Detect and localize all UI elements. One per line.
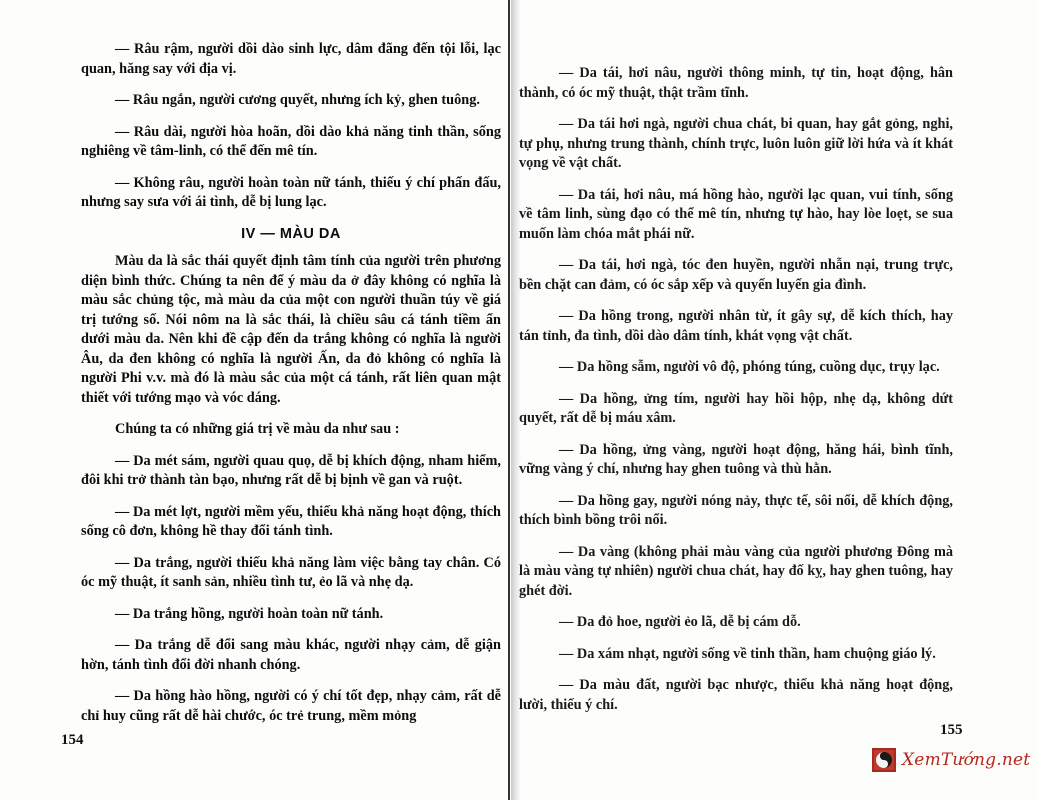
paragraph: — Da hồng, ửng tím, người hay hồi hộp, n… (519, 390, 953, 429)
paragraph: — Da tái hơi ngà, người chua chát, bi qu… (519, 115, 953, 174)
paragraph: Chúng ta có những giá trị về màu da như … (81, 420, 501, 440)
paragraph: Màu da là sắc thái quyết định tâm tính c… (81, 252, 501, 408)
paragraph: — Da tái, hơi nâu, má hồng hào, người lạ… (519, 186, 953, 245)
page-number-right: 155 (940, 722, 963, 739)
paragraph: — Da trắng, người thiếu khả năng làm việ… (81, 554, 501, 593)
paragraph: — Râu ngắn, người cương quyết, nhưng ích… (81, 91, 501, 111)
yin-yang-icon (872, 748, 896, 772)
right-page-text: — Da tái, hơi nâu, người thông minh, tự … (519, 64, 953, 727)
page-number-left: 154 (61, 732, 84, 749)
book-spine (508, 0, 510, 800)
paragraph: — Không râu, người hoàn toàn nữ tánh, th… (81, 174, 501, 213)
paragraph: — Da hồng sẫm, người vô độ, phóng túng, … (519, 358, 953, 378)
paragraph: — Da mét sám, người quau quọ, dễ bị khíc… (81, 452, 501, 491)
section-heading: IV — MÀU DA (81, 225, 501, 245)
paragraph: — Da vàng (không phải màu vàng của người… (519, 543, 953, 602)
left-page-text: — Râu rậm, người dồi dào sinh lực, dâm đ… (81, 40, 501, 738)
paragraph: — Râu rậm, người dồi dào sinh lực, dâm đ… (81, 40, 501, 79)
watermark-logo: XemTướng.net (872, 748, 1030, 772)
watermark-text: XemTướng.net (902, 750, 1030, 770)
paragraph: — Da hồng trong, người nhân từ, ít gây s… (519, 307, 953, 346)
paragraph: — Da đỏ hoe, người ẻo lã, dễ bị cám dỗ. (519, 613, 953, 633)
paragraph: — Da xám nhạt, người sống về tinh thần, … (519, 645, 953, 665)
paragraph: — Da tái, hơi ngà, tóc đen huyền, người … (519, 256, 953, 295)
paragraph: — Da hồng hào hồng, người có ý chí tốt đ… (81, 687, 501, 726)
paragraph: — Da tái, hơi nâu, người thông minh, tự … (519, 64, 953, 103)
paragraph: — Da hồng, ửng vàng, người hoạt động, hă… (519, 441, 953, 480)
paragraph: — Râu dài, người hòa hoãn, dồi dào khả n… (81, 123, 501, 162)
paragraph: — Da màu đất, người bạc nhược, thiếu khả… (519, 676, 953, 715)
paragraph: — Da trắng dễ đổi sang màu khác, người n… (81, 636, 501, 675)
paragraph: — Da mét lợt, người mềm yếu, thiếu khả n… (81, 503, 501, 542)
paragraph: — Da hồng gay, người nóng nảy, thực tế, … (519, 492, 953, 531)
paragraph: — Da trắng hồng, người hoàn toàn nữ tánh… (81, 605, 501, 625)
